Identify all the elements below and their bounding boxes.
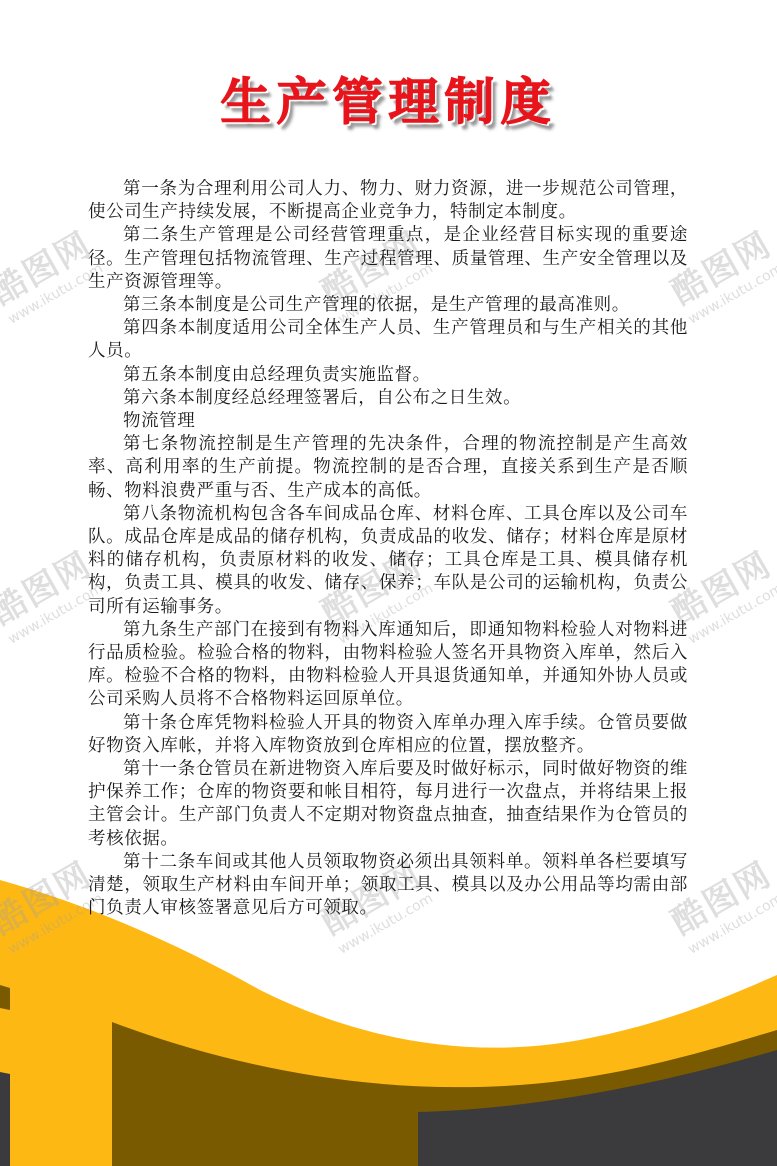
article-2: 第二条生产管理是公司经营管理重点，是企业经营目标实现的重要途径。生产管理包括物流…: [88, 224, 688, 294]
article-6: 第六条本制度经总经理签署后，自公布之日生效。: [88, 387, 688, 410]
article-4: 第四条本制度适用公司全体生产人员、生产管理员和与生产相关的其他人员。: [88, 317, 688, 363]
left-brown-bar: [0, 985, 10, 1010]
article-1: 第一条为合理利用公司人力、物力、财力资源，进一步规范公司管理，使公司生产持续发展…: [88, 178, 688, 224]
regulation-body: 第一条为合理利用公司人力、物力、财力资源，进一步规范公司管理，使公司生产持续发展…: [88, 178, 688, 921]
article-10: 第十条仓库凭物料检验人开具的物资入库单办理入库手续。仓管员要做好物资入库帐，并将…: [88, 712, 688, 758]
article-8: 第八条物流机构包含各车间成品仓库、材料仓库、工具仓库以及公司车队。成品仓库是成品…: [88, 503, 688, 619]
article-7: 第七条物流控制是生产管理的先决条件，合理的物流控制是产生高效率、高利用率的生产前…: [88, 433, 688, 503]
poster-title: 生产管理制度: [0, 62, 777, 134]
article-9: 第九条生产部门在接到有物料入库通知后，即通知物料检验人对物料进行品质检验。检验合…: [88, 619, 688, 712]
article-5: 第五条本制度由总经理负责实施监督。: [88, 364, 688, 387]
article-3: 第三条本制度是公司生产管理的依据，是生产管理的最高准则。: [88, 294, 688, 317]
article-11: 第十一条仓管员在新进物资入库后要及时做好标示，同时做好物资的维护保养工作；仓库的…: [88, 758, 688, 851]
section-heading-logistics: 物流管理: [88, 410, 688, 433]
left-dark-strip: [0, 1072, 10, 1166]
article-12: 第十二条车间或其他人员领取物资必须出具领料单。领料单各栏要填写清楚，领取生产材料…: [88, 851, 688, 921]
